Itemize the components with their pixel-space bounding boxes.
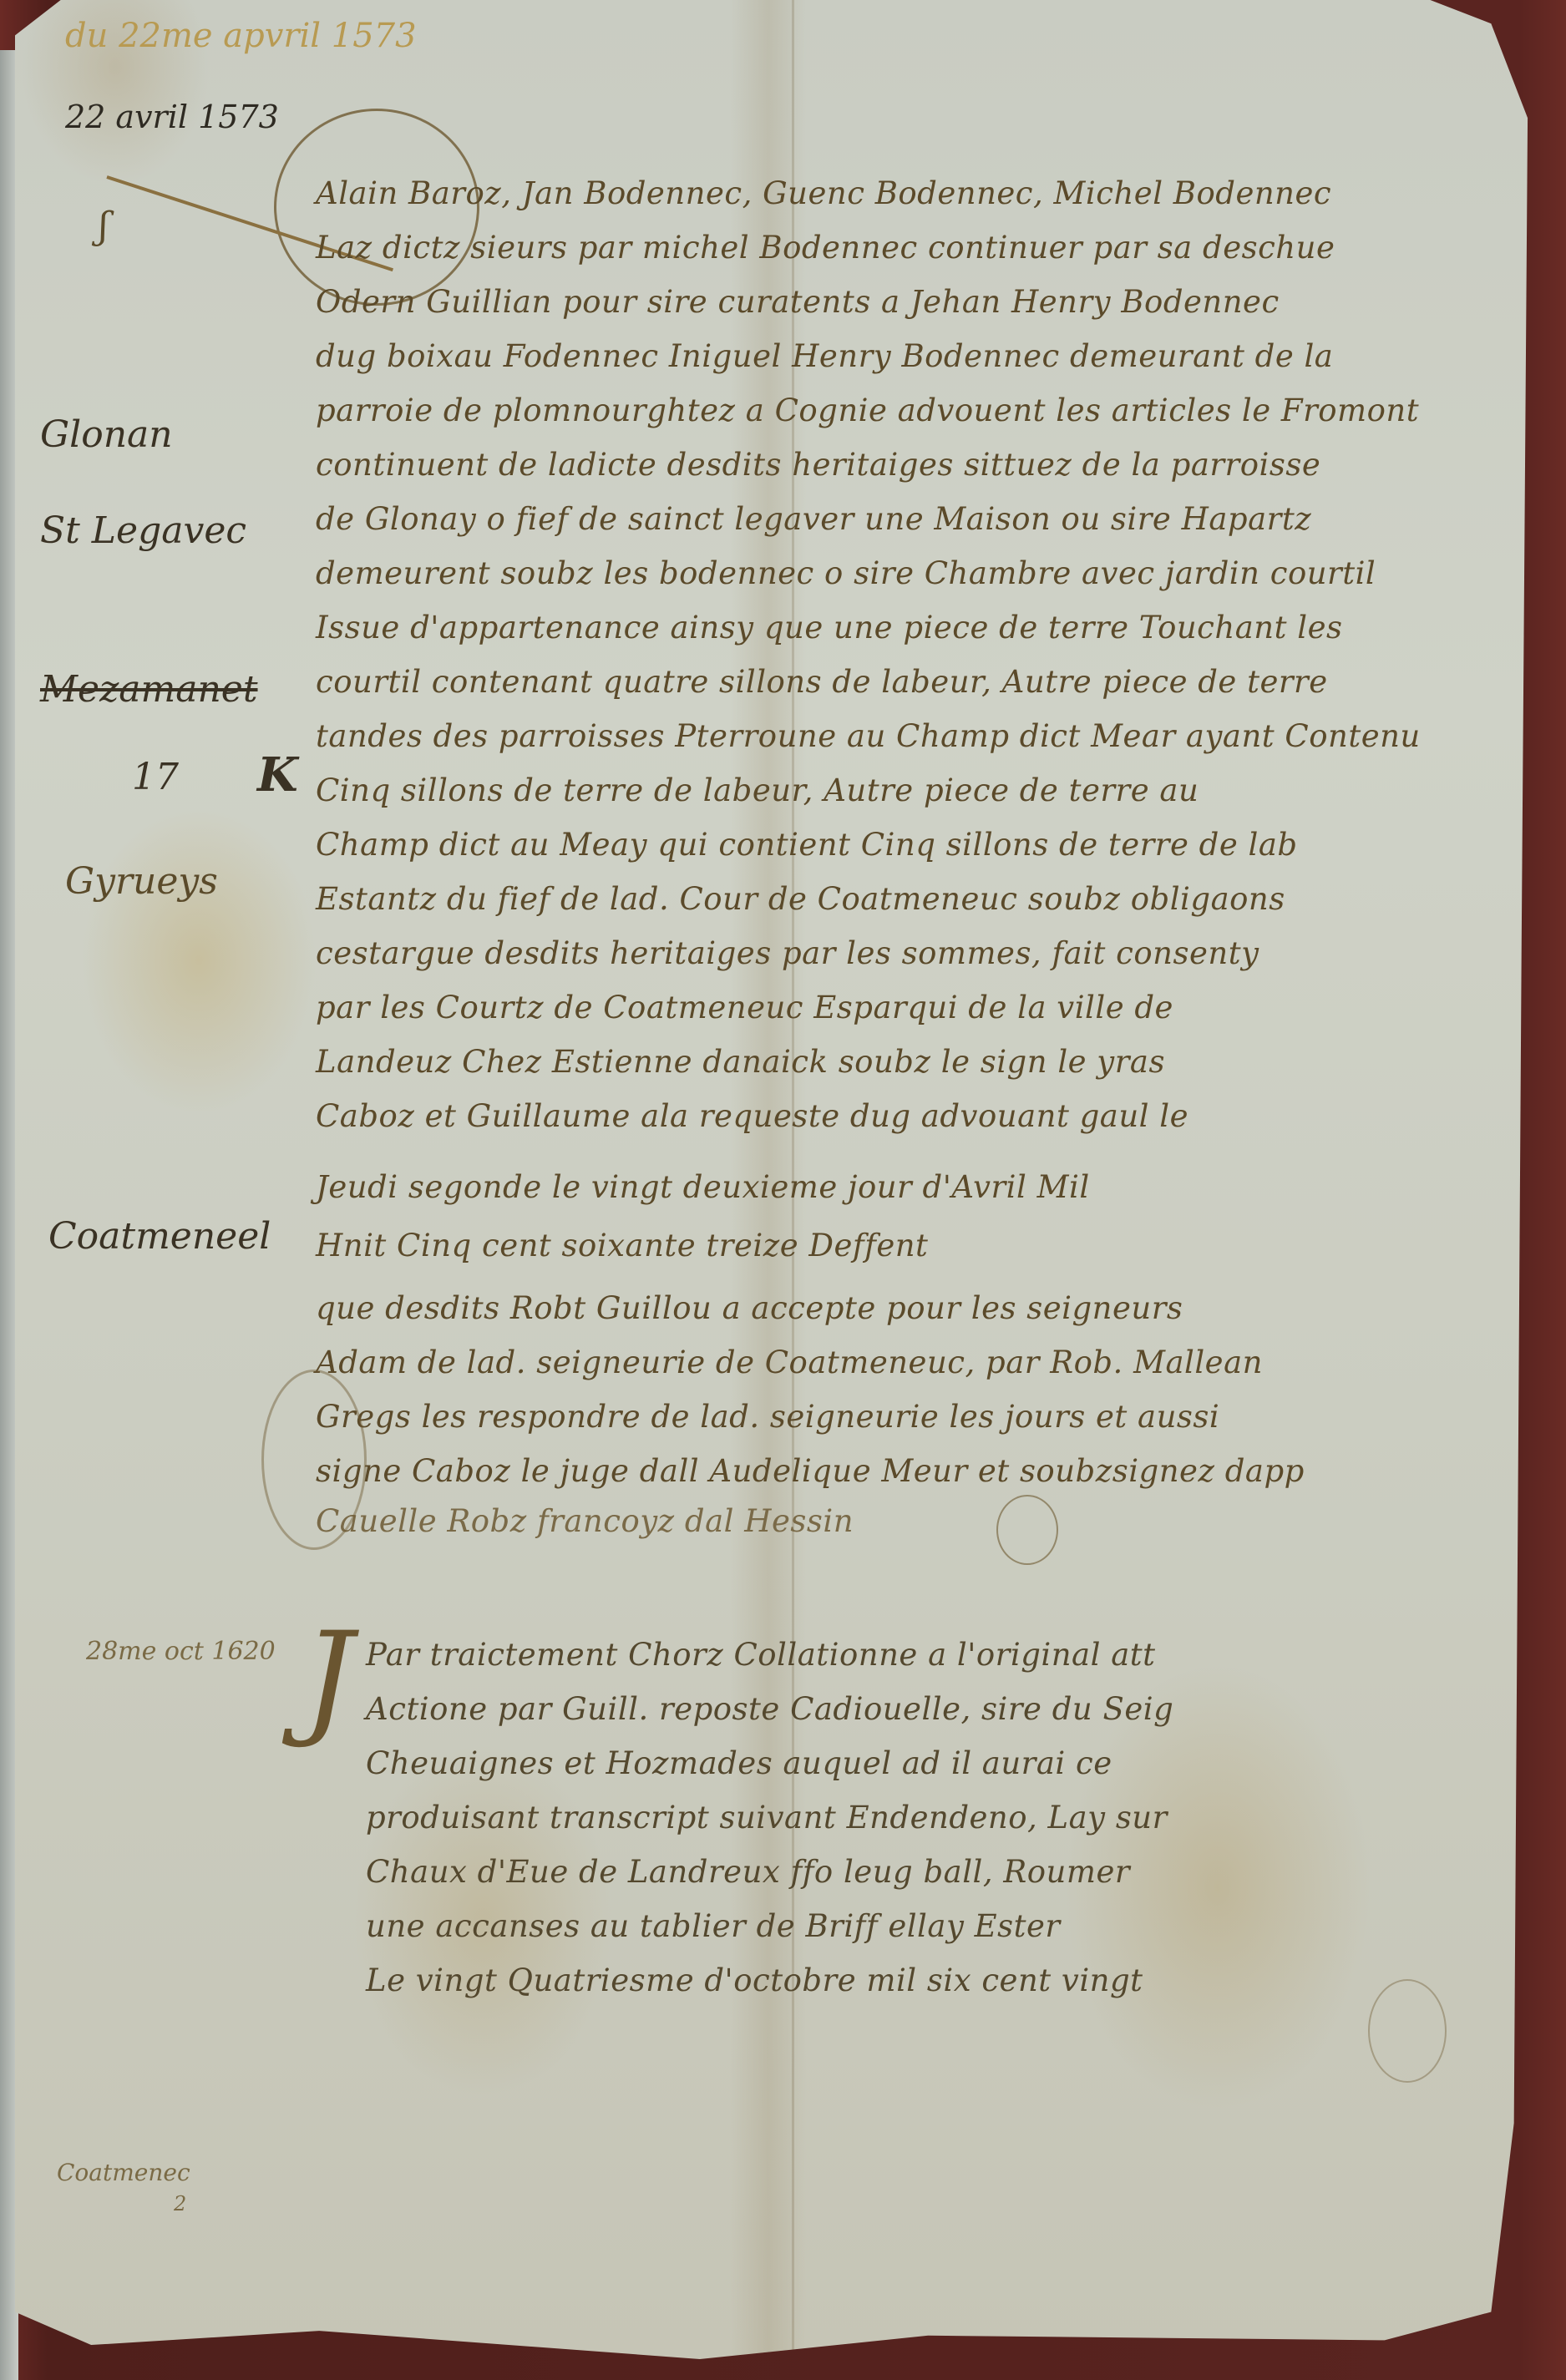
act2-line: produisant transcript suivant Endendeno,… bbox=[366, 1800, 1168, 1836]
act1-line: Odern Guillian pour sire curatents a Jeh… bbox=[316, 284, 1280, 320]
margin-signature: Gyrueys bbox=[65, 860, 218, 903]
closing-paraph-icon bbox=[1368, 1979, 1447, 2083]
act1-line: Landeuz Chez Estienne danaick soubz le s… bbox=[316, 1044, 1165, 1080]
act1-line: demeurent soubz les bodennec o sire Cham… bbox=[316, 555, 1376, 591]
footer-label: Coatmenec bbox=[57, 2159, 190, 2186]
act1-line: par les Courtz de Coatmeneuc Esparqui de… bbox=[316, 990, 1173, 1025]
act1-line: de Glonay o fief de sainct legaver une M… bbox=[316, 501, 1311, 537]
margin-number: 17 bbox=[132, 756, 179, 798]
act1-line: Jeudi segonde le vingt deuxieme jour d'A… bbox=[316, 1169, 1090, 1205]
act2-line: Le vingt Quatriesme d'octobre mil six ce… bbox=[366, 1962, 1143, 1998]
header-annotation: du 22me apvril 1573 bbox=[65, 17, 417, 55]
margin-parish-glonan: Glonan bbox=[40, 413, 173, 456]
act1-line: Caboz et Guillaume ala requeste dug advo… bbox=[316, 1098, 1188, 1134]
act1-line: Cinq sillons de terre de labeur, Autre p… bbox=[316, 772, 1199, 808]
act1-line: continuent de ladicte desdits heritaiges… bbox=[316, 447, 1320, 483]
act1-line: courtil contenant quatre sillons de labe… bbox=[316, 664, 1328, 700]
act1-line: Adam de lad. seigneurie de Coatmeneuc, p… bbox=[316, 1344, 1263, 1380]
act1-line: Gregs les respondre de lad. seigneurie l… bbox=[316, 1399, 1219, 1435]
act2-line: Chaux d'Eue de Landreux ffo leug ball, R… bbox=[366, 1854, 1130, 1890]
act2-line: Par traictement Chorz Collationne a l'or… bbox=[366, 1637, 1156, 1673]
act2-line: Cheuaignes et Hozmades auquel ad il aura… bbox=[366, 1745, 1112, 1781]
act1-line: que desdits Robt Guillou a accepte pour … bbox=[316, 1290, 1183, 1326]
act1-line: signe Caboz le juge dall Audelique Meur … bbox=[316, 1453, 1305, 1489]
act1-line: Champ dict au Meay qui contient Cinq sil… bbox=[316, 827, 1298, 863]
margin-parish-legavec: St Legavec bbox=[40, 509, 246, 552]
margin-place: Coatmeneel bbox=[48, 1215, 271, 1258]
paragraph-mark-icon: ʃ bbox=[99, 205, 109, 247]
margin-flourish-icon bbox=[261, 1370, 367, 1550]
act1-line: Hnit Cinq cent soixante treize Deffent bbox=[316, 1228, 928, 1263]
act1-line: Issue d'appartenance ainsy que une piece… bbox=[316, 610, 1342, 646]
act1-line: cestargue desdits heritaiges par les som… bbox=[316, 935, 1259, 971]
margin-mark: K bbox=[257, 747, 298, 803]
act1-line: Cauelle Robz francoyz dal Hessin bbox=[316, 1503, 854, 1539]
act1-line: dug boixau Fodennec Iniguel Henry Bodenn… bbox=[316, 338, 1333, 374]
act1-line: Alain Baroz, Jan Bodennec, Guenc Bodenne… bbox=[316, 175, 1331, 211]
manuscript-page: du 22me apvril 1573 22 avril 1573 ʃ Glon… bbox=[15, 0, 1537, 2359]
act2-initial: J bbox=[303, 1616, 353, 1741]
act2-line: Actione par Guill. reposte Cadiouelle, s… bbox=[366, 1691, 1173, 1727]
notary-paraph-icon bbox=[996, 1495, 1058, 1565]
act1-line: tandes des parroisses Pterroune au Champ… bbox=[316, 718, 1421, 754]
date-annotation: 22 avril 1573 bbox=[65, 99, 279, 135]
margin-date-second: 28me oct 1620 bbox=[86, 1637, 276, 1666]
act1-line: Laz dictz sieurs par michel Bodennec con… bbox=[316, 230, 1335, 266]
act1-line: parroie de plomnourghtez a Cognie advoue… bbox=[316, 392, 1419, 428]
act2-line: une accanses au tablier de Briff ellay E… bbox=[366, 1908, 1061, 1944]
act1-line: Estantz du fief de lad. Cour de Coatmene… bbox=[316, 881, 1285, 917]
footer-number: 2 bbox=[174, 2192, 186, 2215]
margin-struck-name: Mezamanet bbox=[40, 668, 258, 711]
